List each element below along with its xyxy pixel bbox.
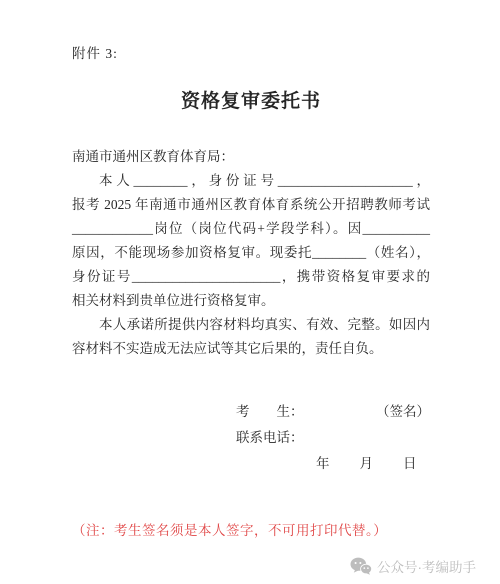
note-text: （注：考生签名须是本人签字，不可用打印代替。） — [72, 519, 500, 539]
body-line: ____________岗位（岗位代码+学段学科）。因__________ — [72, 217, 430, 241]
document-page: 附件 3: 资格复审委托书 南通市通州区教育体育局： 本人________，身份… — [0, 0, 500, 584]
signature-block: 考 生： （签名） 联系电话： 年 月 日 — [236, 399, 430, 477]
signature-hint: （签名） — [376, 399, 430, 425]
page-title: 资格复审委托书 — [72, 86, 430, 113]
body-line: 原因，不能现场参加资格复审。现委托________（姓名）， — [72, 241, 430, 265]
phone-label: 联系电话： — [236, 425, 304, 451]
body-line: 身份证号______________________，携带资格复审要求的 — [72, 265, 430, 289]
body-line: 容材料不实造成无法应试等其它后果的，责任自负。 — [72, 337, 430, 361]
salutation-line: 南通市通州区教育体育局： — [72, 145, 430, 169]
date-line: 年 月 日 — [316, 456, 418, 471]
body-line: 相关材料到贵单位进行资格复审。 — [72, 289, 430, 313]
watermark: 公众号·考编助手 — [350, 556, 476, 576]
document-body: 南通市通州区教育体育局： 本人________，身份证号____________… — [72, 145, 430, 361]
watermark-text: 公众号·考编助手 — [377, 556, 476, 576]
body-line: 本人承诺所提供内容材料均真实、有效、完整。如因内 — [72, 313, 430, 337]
body-line: 本人________，身份证号____________________， — [72, 169, 430, 193]
body-line: 报考 2025 年南通市通州区教育体育系统公开招聘教师考试 — [72, 193, 430, 217]
candidate-label: 考 生： — [236, 399, 304, 425]
wechat-icon — [350, 557, 372, 575]
attachment-label: 附件 3: — [72, 42, 430, 62]
